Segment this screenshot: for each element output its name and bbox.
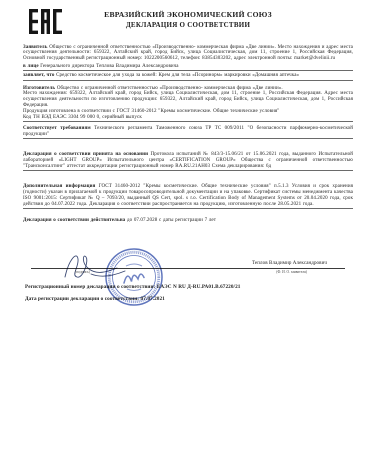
- declares-text: Средство косметическое для ухода за коже…: [56, 73, 299, 78]
- in-person-label: в лице: [23, 64, 39, 69]
- in-person-paragraph: в лице Генерального директора Теплова Вл…: [23, 64, 353, 71]
- document-title: ДЕКЛАРАЦИЯ О СООТВЕТСТВИИ: [23, 21, 353, 29]
- basis-paragraph: Декларация о соответствии принята на осн…: [23, 152, 353, 171]
- document-content: ЕВРАЗИЙСКИЙ ЭКОНОМИЧЕСКИЙ СОЮЗ ДЕКЛАРАЦИ…: [23, 8, 353, 224]
- declaration-document: ЕВРАЗИЙСКИЙ ЭКОНОМИЧЕСКИЙ СОЮЗ ДЕКЛАРАЦИ…: [0, 0, 375, 450]
- in-person-text: Генерального директора Теплова Владимира…: [40, 64, 178, 69]
- manufacturer-text: Общество с ограниченной ответственностью…: [57, 86, 283, 91]
- validity-text: до 07.07.2028 с даты регистрации 7 лет: [127, 218, 216, 223]
- registration-date-row: Дата регистрации декларации о соответств…: [25, 296, 353, 302]
- signer-name: Теплов Владимир Александрович: [252, 261, 327, 266]
- union-title: ЕВРАЗИЙСКИЙ ЭКОНОМИЧЕСКИЙ СОЮЗ: [23, 10, 353, 19]
- signature-block: Теплов Владимир Александрович (подпись) …: [23, 246, 353, 316]
- manufacturer-paragraph: Изготовитель Общество с ограниченной отв…: [23, 86, 353, 122]
- declares-label: заявляет, что: [23, 73, 54, 78]
- registration-number-value: ЕАЭС N RU Д-RU.РА01.В.67220/21: [157, 284, 241, 290]
- complies-label: Соответствует требованиям: [23, 126, 91, 131]
- manufacturer-tnved-code: Код ТН ВЭД ЕАЭС 3304 99 000 0, серийный …: [23, 115, 353, 122]
- complies-paragraph: Соответствует требованиям Технического р…: [23, 126, 353, 139]
- manufacturer-label: Изготовитель: [23, 86, 55, 91]
- applicant-label: Заявитель: [23, 45, 47, 50]
- signer-name-caption: (Ф. И. О. заявителя): [276, 270, 307, 274]
- applicant-paragraph: Заявитель Общество с ограниченной ответс…: [23, 45, 353, 62]
- validity-label: Декларация о соответствии действительна: [23, 218, 125, 223]
- manufacturer-address: Место нахождения: 659322, Алтайский край…: [23, 91, 353, 108]
- document-header: ЕВРАЗИЙСКИЙ ЭКОНОМИЧЕСКИЙ СОЮЗ ДЕКЛАРАЦИ…: [23, 8, 353, 29]
- additional-info-label: Дополнительная информация: [23, 184, 95, 189]
- applicant-text: Общество с ограниченной ответственностью…: [23, 45, 353, 62]
- additional-info-paragraph: Дополнительная информация ГОСТ 31460-201…: [23, 184, 353, 209]
- eac-logo-icon: [29, 9, 62, 39]
- declares-paragraph: заявляет, что Средство косметическое для…: [23, 73, 353, 80]
- round-stamp-icon: [103, 246, 165, 310]
- basis-label: Декларация о соответствии принята на осн…: [23, 152, 148, 157]
- validity-paragraph: Декларация о соответствии действительна …: [23, 218, 353, 224]
